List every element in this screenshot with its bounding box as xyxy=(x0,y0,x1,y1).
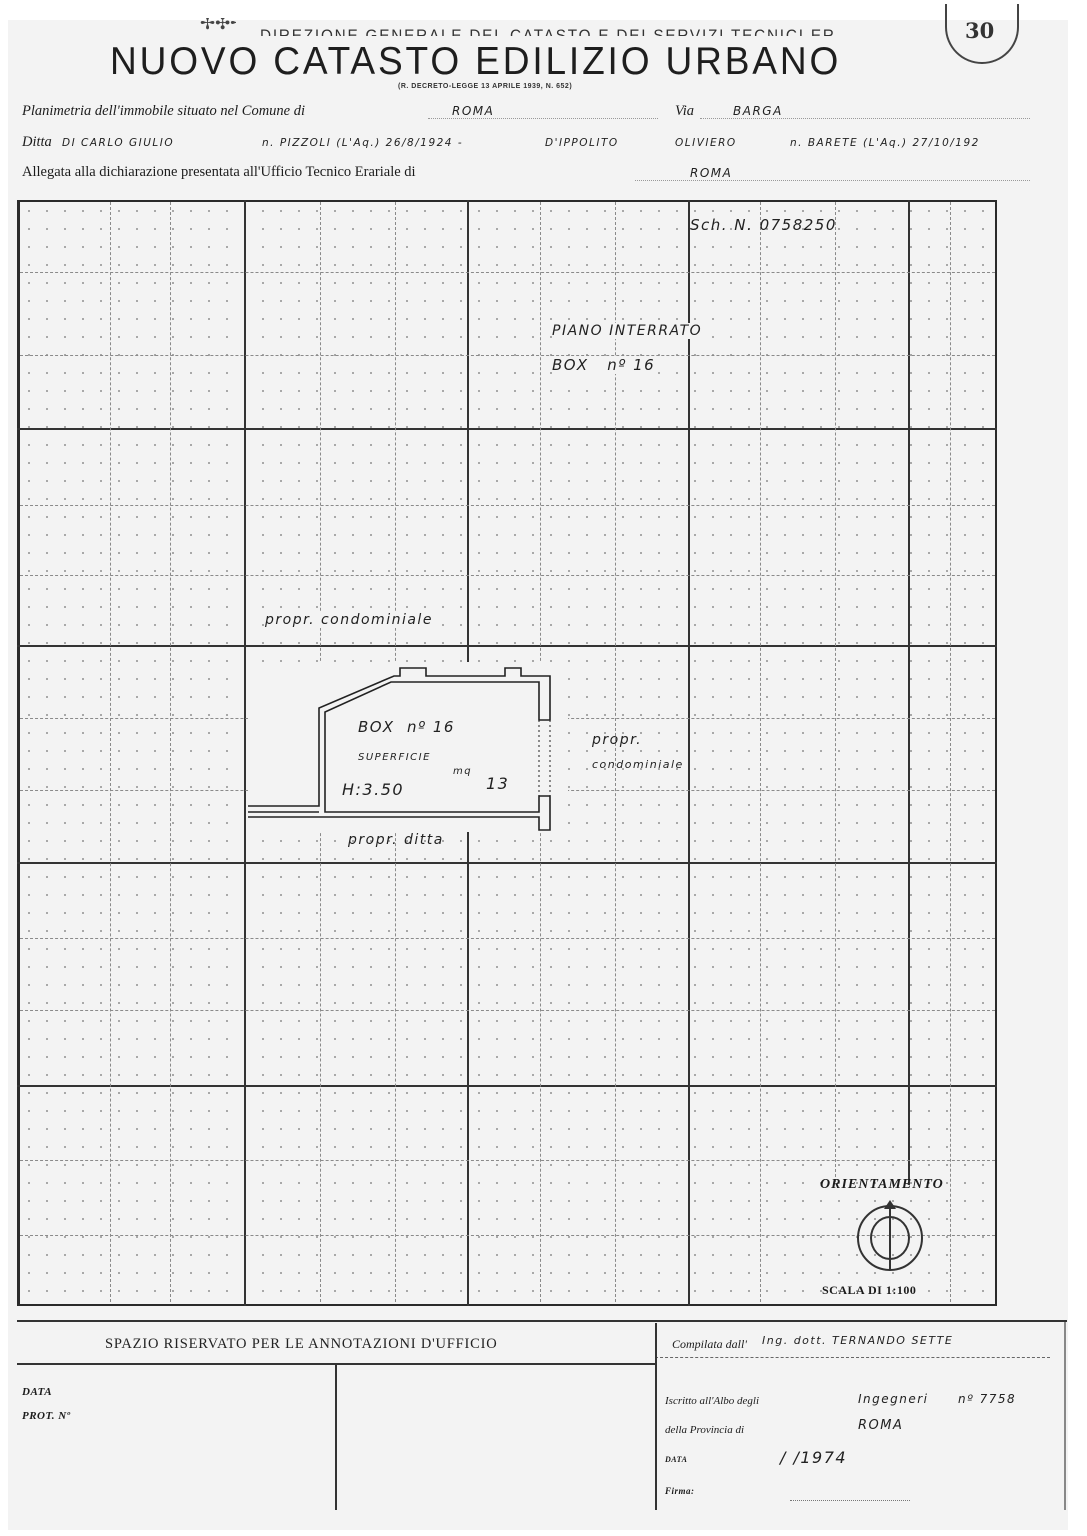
signature-mark xyxy=(790,1486,910,1501)
ufficio-line xyxy=(635,180,1030,181)
via-label: Via xyxy=(675,103,694,120)
page-number: 30 xyxy=(965,18,994,43)
subgrid-line xyxy=(110,202,111,1302)
divider xyxy=(655,1323,657,1510)
planimetria-label: Planimetria dell'immobile situato nel Co… xyxy=(22,103,305,120)
scale-label: SCALA DI 1:100 xyxy=(822,1283,916,1298)
height-label: H:3.50 xyxy=(342,780,404,799)
propr-right-label-1: propr. xyxy=(592,732,642,748)
subgrid-line xyxy=(170,202,171,1302)
subgrid-line xyxy=(950,202,951,1302)
date-label: DATA xyxy=(665,1455,687,1464)
ditta-owner-1: DI CARLO GIULIO xyxy=(62,137,174,149)
ditta-birth-2: n. BARETE (L'Aq.) 27/10/192 xyxy=(790,137,980,149)
grid-line xyxy=(244,200,246,1306)
divider xyxy=(17,1320,1067,1322)
firma-label: Firma: xyxy=(665,1486,695,1496)
subgrid-line xyxy=(20,1010,995,1011)
emblem-icon: ✢✣✢ xyxy=(200,18,236,32)
box-heading: BOX nº 16 xyxy=(552,356,655,374)
compass-icon xyxy=(857,1205,923,1271)
superficie-value: 13 xyxy=(486,774,509,793)
subgrid-line xyxy=(20,355,995,356)
provincia-label: della Provincia di xyxy=(665,1424,744,1436)
compilata-value: Ing. dott. TERNANDO SETTE xyxy=(762,1334,953,1347)
document-title: NUOVO CATASTO EDILIZIO URBANO xyxy=(110,40,841,84)
grid-line xyxy=(908,200,910,1185)
office-annotations-heading: SPAZIO RISERVATO PER LE ANNOTAZIONI D'UF… xyxy=(105,1336,498,1353)
ufficio-value: ROMA xyxy=(690,166,732,180)
subgrid-line xyxy=(20,938,995,939)
subgrid-line xyxy=(20,575,995,576)
provincia-value: ROMA xyxy=(858,1418,903,1433)
albo-number: nº 7758 xyxy=(958,1392,1016,1406)
grid-line xyxy=(17,862,997,864)
orientation-label: ORIENTAMENTO xyxy=(820,1177,944,1193)
subgrid-line xyxy=(20,1235,995,1236)
box-label: BOX nº 16 xyxy=(358,718,455,736)
albo-value: Ingegneri xyxy=(858,1392,929,1406)
superficie-unit: mq xyxy=(453,766,472,777)
scheda-number: Sch. N. 0758250 xyxy=(690,216,837,234)
ditta-label: Ditta xyxy=(22,134,52,151)
box-floor-plan xyxy=(248,662,568,832)
allegata-label: Allegata alla dichiarazione presentata a… xyxy=(22,164,416,181)
condominiale-top-label: propr. condominiale xyxy=(265,612,433,628)
comune-value: ROMA xyxy=(452,104,494,118)
iscritto-label: Iscritto all'Albo degli xyxy=(665,1395,759,1407)
subgrid-line xyxy=(760,202,761,1302)
subgrid-line xyxy=(20,272,995,273)
via-value: BARGA xyxy=(733,104,783,118)
grid-line xyxy=(17,428,997,430)
propr-right-label-2: condominiale xyxy=(592,758,684,771)
subgrid-line xyxy=(20,505,995,506)
divider xyxy=(655,1357,1050,1359)
comune-line xyxy=(428,118,658,119)
date-value: / /1974 xyxy=(780,1448,847,1467)
via-line xyxy=(700,118,1030,119)
divider xyxy=(335,1365,337,1510)
prot-label: PROT. Nº xyxy=(22,1410,70,1422)
ditta-birth-1: n. PIZZOLI (L'Aq.) 26/8/1924 - xyxy=(262,137,463,149)
ditta-owner-2-surname: D'IPPOLITO xyxy=(545,137,619,149)
propr-ditta-label: propr. ditta xyxy=(348,832,444,848)
grid-line xyxy=(688,200,690,1306)
compilata-label: Compilata dall' xyxy=(672,1337,747,1352)
decree-reference: (R. DECRETO-LEGGE 13 APRILE 1939, N. 652… xyxy=(398,83,572,90)
grid-line xyxy=(17,1085,997,1087)
divider xyxy=(1064,1322,1066,1510)
floor-label: PIANO INTERRATO xyxy=(552,323,702,339)
subgrid-line xyxy=(835,202,836,1182)
subgrid-line xyxy=(20,1160,995,1161)
superficie-label: SUPERFICIE xyxy=(358,752,431,763)
data-label: DATA xyxy=(22,1386,52,1398)
department-heading: DIREZIONE GENERALE DEL CATASTO E DEI SER… xyxy=(260,22,836,36)
grid-line xyxy=(17,645,997,647)
ditta-owner-2-name: OLIVIERO xyxy=(675,137,737,149)
